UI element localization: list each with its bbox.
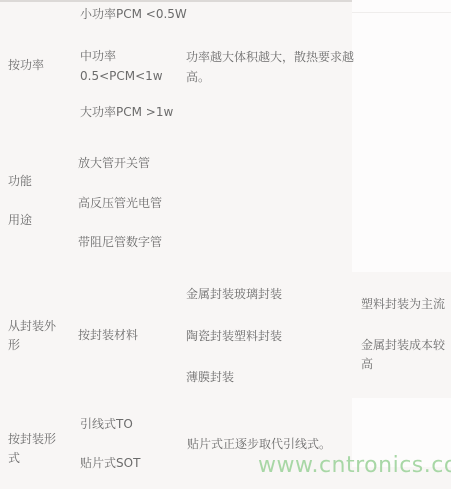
large-power-cell: 大功率PCM >1w [80, 105, 173, 119]
thin-film-package-cell: 薄膜封装 [186, 370, 234, 384]
damper-digital-cell: 带阻尼管数字管 [78, 235, 162, 249]
amplifier-switch-cell: 放大管开关管 [78, 156, 150, 170]
plastic-mainstream-note: 塑料封装为主流 [361, 297, 445, 311]
power-category-label: 按功率 [8, 58, 44, 72]
use-category-label: 用途 [8, 213, 32, 227]
ceramic-plastic-package-cell: 陶瓷封装塑料封装 [186, 329, 282, 343]
lead-type-cell: 引线式TO [80, 417, 133, 431]
medium-power-label: 中功率 [80, 46, 163, 66]
package-shape-category-label: 从封装外形 [8, 317, 64, 355]
high-voltage-photo-cell: 高反压管光电管 [78, 196, 162, 210]
medium-power-cell: 中功率 0.5<PCM<1w [80, 46, 163, 86]
site-watermark: www.cntronics.com [258, 453, 451, 479]
power-note: 功率越大体积越大，散热要求越高。 [186, 47, 360, 87]
metal-cost-note: 金属封装成本较高 [361, 336, 449, 374]
smd-type-cell: 贴片式SOT [80, 456, 140, 470]
small-power-cell: 小功率PCM <0.5W [80, 7, 187, 21]
smd-replacing-lead-note: 贴片式正逐步取代引线式。 [187, 437, 331, 451]
function-category-label: 功能 [8, 174, 32, 188]
transistor-classification-table: 小功率PCM <0.5W 按功率 中功率 0.5<PCM<1w 功率越大体积越大… [0, 0, 451, 489]
package-material-subcategory-label: 按封装材料 [78, 328, 138, 342]
top-border-line [0, 0, 352, 2]
package-form-category-label: 按封装形式 [8, 430, 64, 468]
metal-glass-package-cell: 金属封装玻璃封装 [186, 287, 282, 301]
medium-power-range: 0.5<PCM<1w [80, 66, 163, 86]
notes-cell-background [352, 272, 451, 398]
right-column-border-line [352, 12, 451, 13]
